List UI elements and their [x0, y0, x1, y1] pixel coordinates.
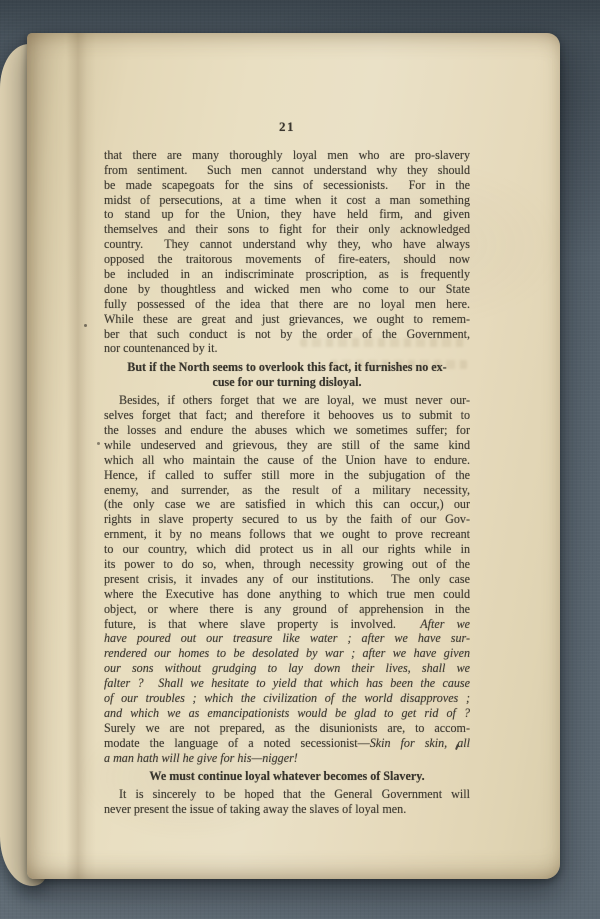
text-line: to our country, which did protect us in … [104, 542, 470, 557]
text-line: its power to do so, when, through necess… [104, 557, 470, 572]
body-text: opposed the traitorous movements of fire… [104, 252, 470, 266]
italic-text: of our troubles ; which the civilization… [104, 691, 470, 705]
italic-text: a man hath will he give for his—nigger! [104, 751, 298, 765]
body-text: But if the North seems to overlook this … [127, 360, 446, 374]
text-line: Besides, if others forget that we are lo… [104, 393, 470, 408]
body-text: rights in slave property secured to us b… [104, 512, 470, 526]
body-text: cuse for our turning disloyal. [212, 375, 361, 389]
text-line: of our troubles ; which the civilization… [104, 691, 470, 706]
body-text: ernment, it by no means follows that we … [104, 527, 470, 541]
body-text: its power to do so, when, through necess… [104, 557, 470, 571]
text-block-body: that there are many thoroughly loyal men… [104, 148, 470, 817]
italic-text: rendered our homes to be desolated by wa… [104, 646, 470, 660]
body-text: selves forget that fact; and therefore i… [104, 408, 470, 422]
text-line: themselves and their sons to fight for t… [104, 222, 470, 237]
body-text: We must continue loyal whatever becomes … [149, 769, 424, 783]
italic-text: Skin for skin, all [370, 736, 470, 750]
text-line: never present the issue of taking away t… [104, 802, 470, 817]
body-text: where the Executive has done anything to… [104, 587, 470, 601]
italic-text: and which we as emancipationists would b… [104, 706, 470, 720]
text-line: our sons without grudging to lay down th… [104, 661, 470, 676]
body-text: Surely we are not prepared, as the disun… [104, 721, 470, 735]
body-text: from sentiment. Such men cannot understa… [104, 163, 470, 177]
text-line: future, is that where slave property is … [104, 617, 470, 632]
text-line: modate the language of a noted secession… [104, 736, 470, 751]
body-text: It is sincerely to be hoped that the Gen… [119, 787, 470, 801]
text-line: opposed the traitorous movements of fire… [104, 252, 470, 267]
text-line: to stand up for the Union, they have hel… [104, 207, 470, 222]
text-line: falter ? Shall we hesitate to yield that… [104, 676, 470, 691]
body-text: (the only case we are satisfied in which… [104, 497, 470, 511]
body-text: to our country, which did protect us in … [104, 542, 470, 556]
text-line: rights in slave property secured to us b… [104, 512, 470, 527]
text-line: be included in an indiscriminate proscri… [104, 267, 470, 282]
italic-text: falter ? Shall we hesitate to yield that… [104, 676, 470, 690]
body-text: While these are great and just grievance… [104, 312, 470, 326]
body-text: Besides, if others forget that we are lo… [119, 393, 470, 407]
text-line: It is sincerely to be hoped that the Gen… [104, 787, 470, 802]
text-line: fully possessed of the idea that there a… [104, 297, 470, 312]
text-line: selves forget that fact; and therefore i… [104, 408, 470, 423]
page-gutter-crease [66, 33, 96, 879]
text-line: from sentiment. Such men cannot understa… [104, 163, 470, 178]
paragraph: It is sincerely to be hoped that the Gen… [104, 787, 470, 817]
text-line: Hence, if called to suffer still more in… [104, 468, 470, 483]
section-heading: But if the North seems to overlook this … [104, 360, 470, 390]
text-line: midst of persecutions, at a time when it… [104, 193, 470, 208]
body-text: Hence, if called to suffer still more in… [104, 468, 470, 482]
body-text: themselves and their sons to fight for t… [104, 222, 470, 236]
text-line: the losses and endure the abuses which w… [104, 423, 470, 438]
body-text: be included in an indiscriminate proscri… [104, 267, 470, 281]
body-text: future, is that where slave property is … [104, 617, 420, 631]
body-text: nor countenanced by it. [104, 341, 218, 355]
text-line: While these are great and just grievance… [104, 312, 470, 327]
page-number: 21 [104, 120, 470, 135]
body-text: while undeserved and grievous, they are … [104, 438, 470, 452]
body-text: that there are many thoroughly loyal men… [104, 148, 470, 162]
text-line: object, or where there is any ground of … [104, 602, 470, 617]
body-text: midst of persecutions, at a time when it… [104, 193, 470, 207]
text-line: be made scapegoats for the sins of seces… [104, 178, 470, 193]
body-text: present crisis, it invades any of our in… [104, 572, 470, 586]
text-line: which all who maintain the cause of the … [104, 453, 470, 468]
section-heading: We must continue loyal whatever becomes … [104, 769, 470, 784]
text-line: We must continue loyal whatever becomes … [104, 769, 470, 784]
text-line: (the only case we are satisfied in which… [104, 497, 470, 512]
body-text: the losses and endure the abuses which w… [104, 423, 470, 437]
italic-text: After we [420, 617, 470, 631]
body-text: to stand up for the Union, they have hel… [104, 207, 470, 221]
body-text: be made scapegoats for the sins of seces… [104, 178, 470, 192]
text-line: ber that such conduct is not by the orde… [104, 327, 470, 342]
body-text: which all who maintain the cause of the … [104, 453, 470, 467]
text-line: Surely we are not prepared, as the disun… [104, 721, 470, 736]
text-line: nor countenanced by it. [104, 341, 470, 356]
text-block: 21 that there are many thoroughly loyal … [104, 120, 470, 817]
italic-text: our sons without grudging to lay down th… [104, 661, 470, 675]
text-line: present crisis, it invades any of our in… [104, 572, 470, 587]
text-line: where the Executive has done anything to… [104, 587, 470, 602]
body-text: never present the issue of taking away t… [104, 802, 406, 816]
italic-text: have poured out our treasure like water … [104, 631, 470, 645]
text-line: country. They cannot understand why they… [104, 237, 470, 252]
body-text: object, or where there is any ground of … [104, 602, 470, 616]
body-text: enemy, and surrender, as the result of a… [104, 483, 470, 497]
text-line: rendered our homes to be desolated by wa… [104, 646, 470, 661]
text-line: cuse for our turning disloyal. [104, 375, 470, 390]
paragraph: Besides, if others forget that we are lo… [104, 393, 470, 765]
body-text: country. They cannot understand why they… [104, 237, 470, 251]
text-line: a man hath will he give for his—nigger! [104, 751, 470, 766]
text-line: done by thoughtless and wicked men who c… [104, 282, 470, 297]
text-line: and which we as emancipationists would b… [104, 706, 470, 721]
text-line: have poured out our treasure like water … [104, 631, 470, 646]
body-text: done by thoughtless and wicked men who c… [104, 282, 470, 296]
body-text: fully possessed of the idea that there a… [104, 297, 470, 311]
text-line: while undeserved and grievous, they are … [104, 438, 470, 453]
body-text: ber that such conduct is not by the orde… [104, 327, 470, 341]
paragraph: that there are many thoroughly loyal men… [104, 148, 470, 356]
text-line: But if the North seems to overlook this … [104, 360, 470, 375]
text-line: that there are many thoroughly loyal men… [104, 148, 470, 163]
text-line: ernment, it by no means follows that we … [104, 527, 470, 542]
body-text: modate the language of a noted secession… [104, 736, 370, 750]
text-line: enemy, and surrender, as the result of a… [104, 483, 470, 498]
